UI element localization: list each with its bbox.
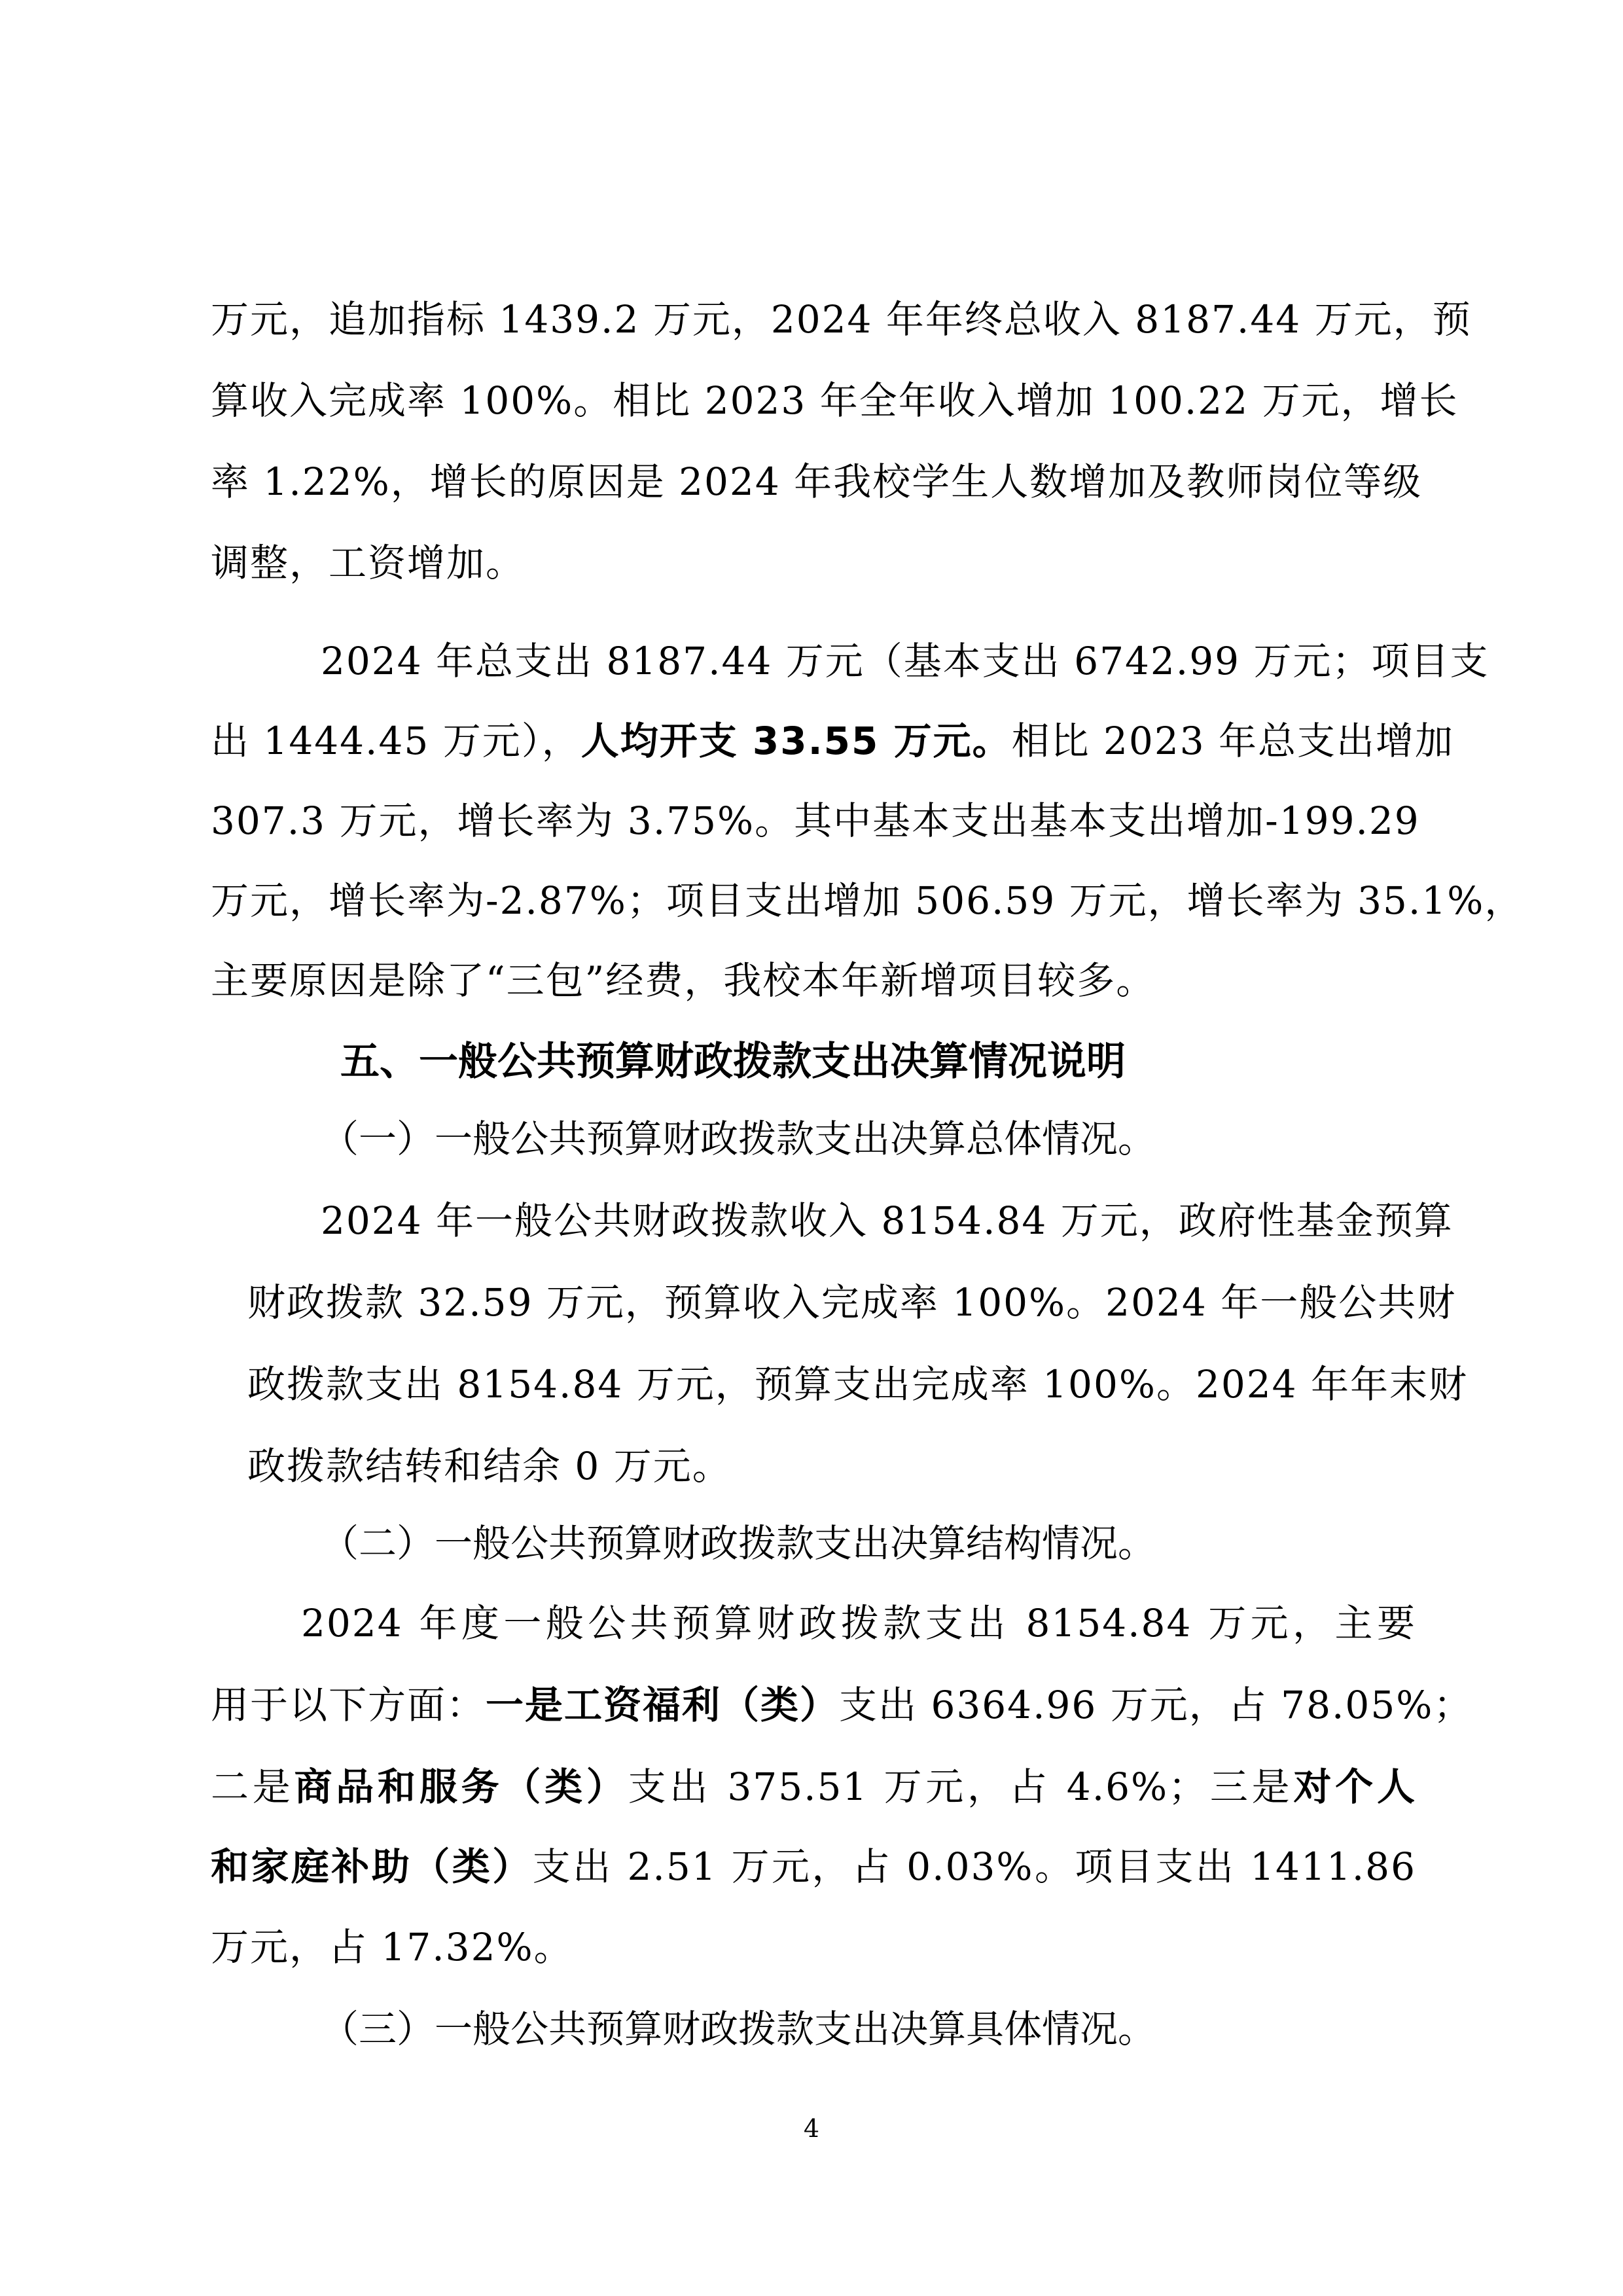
text-span: 支出 375.51 万元，占 4.6%；三是 — [628, 1765, 1294, 1809]
text-span: 用于以下方面： — [211, 1683, 486, 1727]
paragraph-line: 调整，工资增加。 — [211, 537, 1416, 589]
text-span: 出 1444.45 万元）， — [211, 719, 581, 763]
bold-text-span: 商品和服务（类） — [294, 1765, 628, 1809]
paragraph-line: 2024 年一般公共财政拨款收入 8154.84 万元，政府性基金预算 — [321, 1194, 1416, 1247]
subsection-heading: （三）一般公共预算财政拨款支出决算具体情况。 — [321, 2003, 1156, 2055]
text-span: 支出 6364.96 万元，占 78.05%； — [839, 1683, 1472, 1727]
paragraph-line: 主要原因是除了“三包”经费，我校本年新增项目较多。 — [211, 954, 1416, 1007]
paragraph-line: 和家庭补助（类）支出 2.51 万元，占 0.03%。项目支出 1411.86 — [211, 1840, 1416, 1893]
paragraph-line: 二是商品和服务（类）支出 375.51 万元，占 4.6%；三是对个人 — [211, 1761, 1416, 1813]
paragraph-line: 政拨款支出 8154.84 万元，预算支出完成率 100%。2024 年年末财 — [247, 1358, 1416, 1410]
bold-text-span: 一是工资福利（类） — [486, 1683, 839, 1727]
bold-text-span: 对个人 — [1293, 1765, 1416, 1809]
page-number: 4 — [0, 2114, 1623, 2143]
paragraph-line: 万元，占 17.32%。 — [211, 1921, 1416, 1973]
bold-text-span: 人均开支 33.55 万元。 — [581, 719, 1012, 763]
text-span: 二是 — [211, 1765, 294, 1809]
paragraph-line: 出 1444.45 万元），人均开支 33.55 万元。相比 2023 年总支出… — [211, 715, 1416, 767]
section-heading: 五、一般公共预算财政拨款支出决算情况说明 — [340, 1035, 1126, 1088]
paragraph-line: 用于以下方面：一是工资福利（类）支出 6364.96 万元，占 78.05%； — [211, 1679, 1416, 1731]
paragraph-line: 万元，追加指标 1439.2 万元，2024 年年终总收入 8187.44 万元… — [211, 293, 1416, 346]
paragraph-line: 率 1.22%，增长的原因是 2024 年我校学生人数增加及教师岗位等级 — [211, 456, 1416, 508]
paragraph-line: 万元，增长率为-2.87%；项目支出增加 506.59 万元，增长率为 35.1… — [211, 874, 1416, 927]
paragraph-line: 政拨款结转和结余 0 万元。 — [247, 1440, 1416, 1492]
paragraph-line: 307.3 万元，增长率为 3.75%。其中基本支出基本支出增加-199.29 — [211, 795, 1416, 847]
subsection-heading: （一）一般公共预算财政拨款支出决算总体情况。 — [321, 1113, 1156, 1165]
text-span: 支出 2.51 万元，占 0.03%。项目支出 1411.86 — [533, 1844, 1416, 1889]
paragraph-line: 财政拨款 32.59 万元，预算收入完成率 100%。2024 年一般公共财 — [247, 1276, 1416, 1329]
text-span: 相比 2023 年总支出增加 — [1012, 719, 1454, 763]
subsection-heading: （二）一般公共预算财政拨款支出决算结构情况。 — [321, 1517, 1156, 1570]
bold-text-span: 和家庭补助（类） — [211, 1844, 533, 1889]
paragraph-line: 2024 年度一般公共预算财政拨款支出 8154.84 万元，主要 — [301, 1597, 1416, 1649]
paragraph-line: 算收入完成率 100%。相比 2023 年全年收入增加 100.22 万元，增长 — [211, 374, 1416, 427]
paragraph-line: 2024 年总支出 8187.44 万元（基本支出 6742.99 万元；项目支 — [321, 635, 1416, 687]
